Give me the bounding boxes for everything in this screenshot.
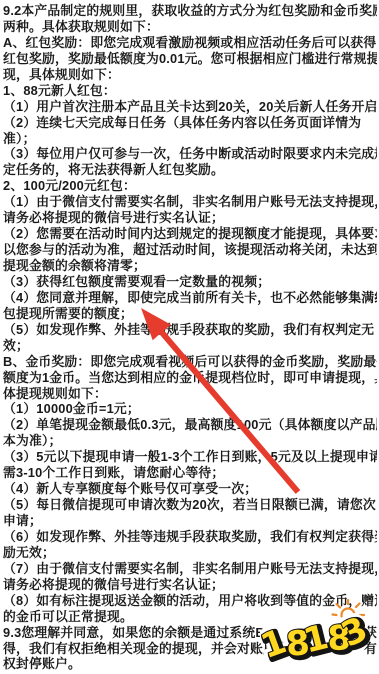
text-line: （6）如发现作弊、外挂等违规手段获取奖励，我们有权判定获得奖 — [3, 529, 377, 545]
text-line: 准）； — [3, 131, 377, 147]
text-line: 请务必将提现的微信号进行实名认证； — [3, 577, 377, 593]
text-line: 现，具体规则如下： — [3, 67, 377, 83]
text-line: （3）获得红包额度需要观看一定数量的视频； — [3, 274, 377, 290]
text-line: 包提现所需要的额度； — [3, 306, 377, 322]
text-line: 1、88元新人红包： — [3, 83, 377, 99]
text-line: 申请； — [3, 513, 377, 529]
obscured-text-gap — [274, 625, 364, 641]
text-line: A、红包奖励：即您完成观看激励视频或相应活动任务后可以获得的 — [3, 35, 377, 51]
text-line: 9.3您理解并同意，如果您的余额是通过系统BU 获 — [3, 625, 377, 641]
text-line: （1）用户首次注册本产品且关卡达到20关，20关后新人任务开启； — [3, 99, 377, 115]
text-line: 效； — [3, 338, 377, 354]
text-line: （7）由于微信支付需要实名制，非实名制用户账号无法支持提现， — [3, 561, 377, 577]
text-line: 励无效； — [3, 545, 377, 561]
text-fragment: 得，我们有权拒绝相关现金的提现，并会对账户进行 — [3, 641, 302, 657]
text-line: （4）您同意并理解，即使完成当前所有关卡，也不必然能够集满红 — [3, 290, 377, 306]
text-line: 权封停账户。 — [3, 656, 377, 672]
text-line: （2）您需要在活动时间内达到规定的提现额度才能提现，具体要求 — [3, 226, 377, 242]
text-line: （1）由于微信支付需要实名制，非实名制用户账号无法支持提现， — [3, 194, 377, 210]
rules-text: 9.2本产品制定的规则里，获取收益的方式分为红包奖励和金币奖励两种。具体获取规则… — [3, 3, 377, 672]
text-line: （4）新人专享额度每个账号仅可享受一次； — [3, 481, 377, 497]
text-line: 的金币可以正常提现。 — [3, 609, 377, 625]
text-line: （8）如有标注提现返送金额的活动，用户将收到等值的金币，赠送 — [3, 593, 377, 609]
text-line: （5）如发现作弊、外挂等违规手段获取的奖励，我们有权判定无 — [3, 322, 377, 338]
text-line: （3）每位用户仅可参与一次，任务中断或活动时限要求内未完成规 — [3, 146, 377, 162]
text-line: 2、100元/200元红包： — [3, 178, 377, 194]
text-line: B、金币奖励：即您完成观看视频后可以获得的金币奖励，奖励最低 — [3, 354, 377, 370]
text-line: 得，我们有权拒绝相关现金的提现，并会对账户进行 有 — [3, 641, 377, 657]
text-line: （2）连续七天完成每日任务（具体任务内容以任务页面详情为 — [3, 115, 377, 131]
text-line: 提现金额的余额将清零； — [3, 258, 377, 274]
text-fragment: 有 — [364, 641, 377, 657]
rules-page: { "page": { "background_color": "#ffffff… — [0, 0, 379, 674]
text-line: 红包奖励，奖励最低额度为0.01元。您可根据相应门槛进行常规提 — [3, 51, 377, 67]
text-fragment: 9.3您理解并同意，如果您的余额是通过系统BU — [3, 625, 274, 641]
text-line: （1）10000金币=1元； — [3, 401, 377, 417]
obscured-text-gap — [302, 641, 364, 657]
text-line: 两种。具体获取规则如下： — [3, 19, 377, 35]
text-line: 体提现规则如下： — [3, 386, 377, 402]
text-line: 额度为1金币。当您达到相应的金币提现档位时，即可申请提现，具 — [3, 370, 377, 386]
rules-lines: 9.2本产品制定的规则里，获取收益的方式分为红包奖励和金币奖励两种。具体获取规则… — [3, 3, 377, 625]
text-line: （2）单笔提现金额最低0.3元，最高额度100元（具体额度以产品版 — [3, 417, 377, 433]
text-fragment: 获 — [364, 625, 377, 641]
text-line: （5）每日微信提现可申请次数为20次，若当日限额已满，请您次日 — [3, 497, 377, 513]
text-line: 定任务的，将无法获得新人红包奖励。 — [3, 162, 377, 178]
text-line: 需3-10个工作日到账，请您耐心等待； — [3, 465, 377, 481]
text-line: 9.2本产品制定的规则里，获取收益的方式分为红包奖励和金币奖励 — [3, 3, 377, 19]
text-line: 本为准）； — [3, 433, 377, 449]
text-line: 以您参与的活动为准，超过活动时间，该提现活动将关闭，未达到可 — [3, 242, 377, 258]
text-line: 请务必将提现的微信号进行实名认证； — [3, 210, 377, 226]
text-line: （3）5元以下提现申请一般1-3个工作日到账，5元及以上提现申请 — [3, 449, 377, 465]
